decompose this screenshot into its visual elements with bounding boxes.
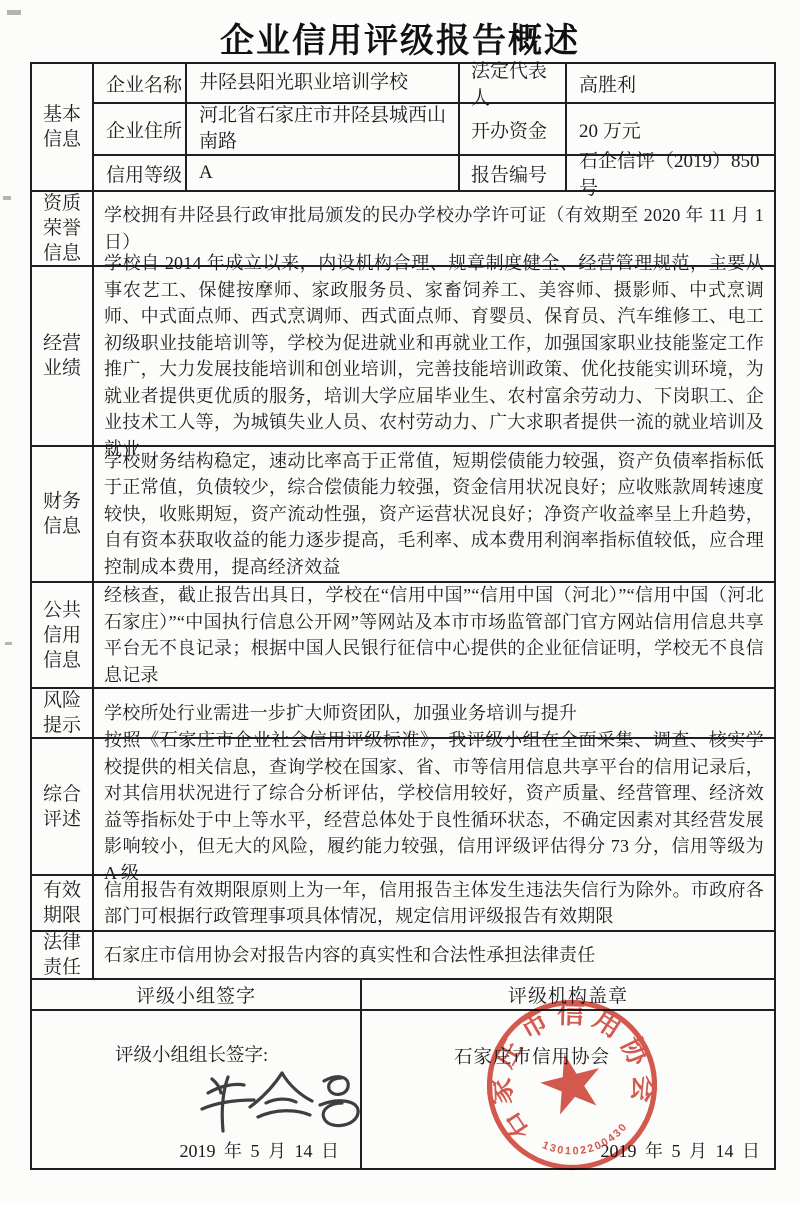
field-report-no-value: 石企信评（2019）850 号	[567, 156, 774, 190]
section-content: 学校拥有井陉县行政审批局颁发的民办学校办学许可证（有效期至 2020 年 11 …	[104, 202, 764, 255]
section-label: 风险提示	[32, 689, 94, 737]
report-table: 基本信息 企业名称 井陉县阳光职业培训学校 法定代表人 高胜利 企业住所 河北省…	[30, 62, 776, 1170]
section-content: 信用报告有效期限原则上为一年，信用报告主体发生违法失信行为除外。市政府各部门可根…	[104, 877, 764, 930]
rating-agency-seal-header: 评级机构盖章	[362, 980, 774, 1009]
section-content: 经核查，截止报告出具日，学校在“信用中国”“信用中国（河北）”“信用中国（河北石…	[104, 582, 764, 688]
scan-artifact	[3, 196, 11, 200]
section-basic-info: 基本信息 企业名称 井陉县阳光职业培训学校 法定代表人 高胜利 企业住所 河北省…	[32, 64, 774, 192]
section-content: 学校财务结构稳定，速动比率高于正常值，短期偿债能力较强，资产负债率指标低于正常值…	[104, 448, 764, 581]
footer-header-row: 评级小组签字 评级机构盖章	[32, 980, 774, 1011]
field-company-name-value: 井陉县阳光职业培训学校	[187, 64, 460, 102]
field-legal-rep-value: 高胜利	[567, 64, 774, 102]
credit-rating-report-page: 企业信用评级报告概述 基本信息 企业名称 井陉县阳光职业培训学校 法定代表人 高…	[0, 0, 800, 1205]
field-credit-grade-value: A	[187, 156, 460, 190]
handwritten-signature	[190, 1067, 362, 1147]
leader-signature-label: 评级小组组长签字:	[115, 1041, 268, 1067]
section-label: 财务信息	[32, 447, 94, 581]
field-company-name-label: 企业名称	[94, 64, 187, 102]
section-label-basic-info: 基本信息	[32, 64, 94, 190]
section-business-performance: 经营业绩 学校自 2014 年成立以来，内设机构合理、规章制度健全、经营管理规范…	[32, 267, 774, 447]
section-label: 综合评述	[32, 739, 94, 874]
section-validity-period: 有效期限 信用报告有效期限原则上为一年，信用报告主体发生违法失信行为除外。市政府…	[32, 876, 774, 932]
field-legal-rep-label: 法定代表人	[460, 64, 567, 102]
field-address-value: 河北省石家庄市井陉县城西山南路	[187, 104, 460, 154]
section-label: 公共信用信息	[32, 583, 94, 687]
section-content: 按照《石家庄市企业社会信用评级标准》，我评级小组在全面采集、调查、核实学校提供的…	[104, 727, 764, 886]
seal-date: 2019 年 5 月 14 日	[601, 1137, 761, 1163]
table-row: 企业名称 井陉县阳光职业培训学校 法定代表人 高胜利	[94, 64, 774, 104]
scan-artifact	[7, 10, 21, 15]
section-label: 有效期限	[32, 876, 94, 930]
seal-cell: 石家庄市信用协会 2019 年 5 月 14 日	[362, 1011, 774, 1168]
section-label: 经营业绩	[32, 267, 94, 445]
field-capital-label: 开办资金	[460, 104, 567, 154]
section-content: 石家庄市信用协会对报告内容的真实性和合法性承担法律责任	[104, 942, 595, 969]
section-financial-info: 财务信息 学校财务结构稳定，速动比率高于正常值，短期偿债能力较强，资产负债率指标…	[32, 447, 774, 583]
section-content: 学校自 2014 年成立以来，内设机构合理、规章制度健全、经营管理规范，主要从事…	[104, 250, 764, 462]
scan-artifact	[5, 642, 12, 645]
page-title: 企业信用评级报告概述	[0, 13, 800, 62]
section-content: 学校所处行业需进一步扩大师资团队，加强业务培训与提升	[104, 700, 577, 727]
basic-info-grid: 企业名称 井陉县阳光职业培训学校 法定代表人 高胜利 企业住所 河北省石家庄市井…	[94, 64, 774, 190]
field-report-no-label: 报告编号	[460, 156, 567, 190]
rating-team-signature-header: 评级小组签字	[32, 980, 362, 1009]
footer-body-row: 评级小组组长签字: 2019 年 5 月 1	[32, 1011, 774, 1168]
section-legal-liability: 法律责任 石家庄市信用协会对报告内容的真实性和合法性承担法律责任	[32, 932, 774, 980]
table-row: 信用等级 A 报告编号 石企信评（2019）850 号	[94, 156, 774, 190]
section-overall-review: 综合评述 按照《石家庄市企业社会信用评级标准》，我评级小组在全面采集、调查、核实…	[32, 739, 774, 876]
signature-cell: 评级小组组长签字: 2019 年 5 月 1	[32, 1011, 362, 1168]
section-label: 资质荣誉信息	[32, 192, 94, 265]
credit-association-name: 石家庄市信用协会	[454, 1043, 610, 1069]
signature-date: 2019 年 5 月 14 日	[180, 1137, 340, 1163]
section-label: 法律责任	[32, 932, 94, 978]
section-public-credit-info: 公共信用信息 经核查，截止报告出具日，学校在“信用中国”“信用中国（河北）”“信…	[32, 583, 774, 689]
field-credit-grade-label: 信用等级	[94, 156, 187, 190]
field-address-label: 企业住所	[94, 104, 187, 154]
